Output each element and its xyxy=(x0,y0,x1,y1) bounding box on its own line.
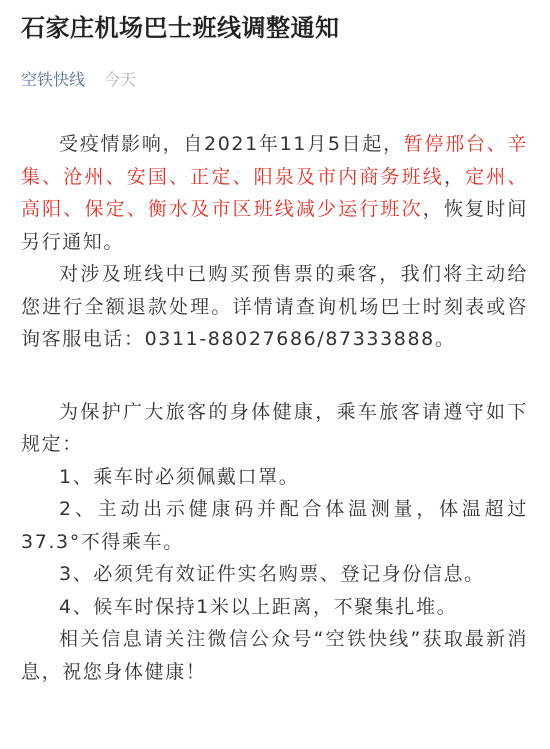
author-link[interactable]: 空铁快线 xyxy=(21,70,85,89)
paragraph-follow-notice: 相关信息请关注微信公众号“空铁快线”获取最新消息，祝您身体健康！ xyxy=(21,623,528,688)
text-segment: 受疫情影响，自2021年11月5日起， xyxy=(59,133,404,155)
article-title: 石家庄机场巴士班线调整通知 xyxy=(21,0,528,46)
article: 石家庄机场巴士班线调整通知 空铁快线 今天 受疫情影响，自2021年11月5日起… xyxy=(0,0,550,688)
paragraph-refund-notice: 对涉及班线中已购买预售票的乘客，我们将主动给您进行全额退款处理。详情请查询机场巴… xyxy=(21,258,528,356)
publish-date: 今天 xyxy=(104,70,136,89)
paragraph-spacer xyxy=(21,356,528,396)
article-meta: 空铁快线 今天 xyxy=(21,69,528,91)
paragraph-suspension-notice: 受疫情影响，自2021年11月5日起，暂停邢台、辛集、沧州、安国、正定、阳泉及市… xyxy=(21,128,528,258)
rule-item: 4、候车时保持1米以上距离，不聚集扎堆。 xyxy=(21,591,528,624)
text-segment: ， xyxy=(444,166,465,188)
rule-item: 3、必须凭有效证件实名购票、登记身份信息。 xyxy=(21,558,528,591)
rule-item: 2、主动出示健康码并配合体温测量，体温超过37.3°不得乘车。 xyxy=(21,493,528,558)
rule-item: 1、乘车时必须佩戴口罩。 xyxy=(21,461,528,494)
article-content: 受疫情影响，自2021年11月5日起，暂停邢台、辛集、沧州、安国、正定、阳泉及市… xyxy=(21,128,528,688)
paragraph-rules-intro: 为保护广大旅客的身体健康，乘车旅客请遵守如下规定： xyxy=(21,396,528,461)
